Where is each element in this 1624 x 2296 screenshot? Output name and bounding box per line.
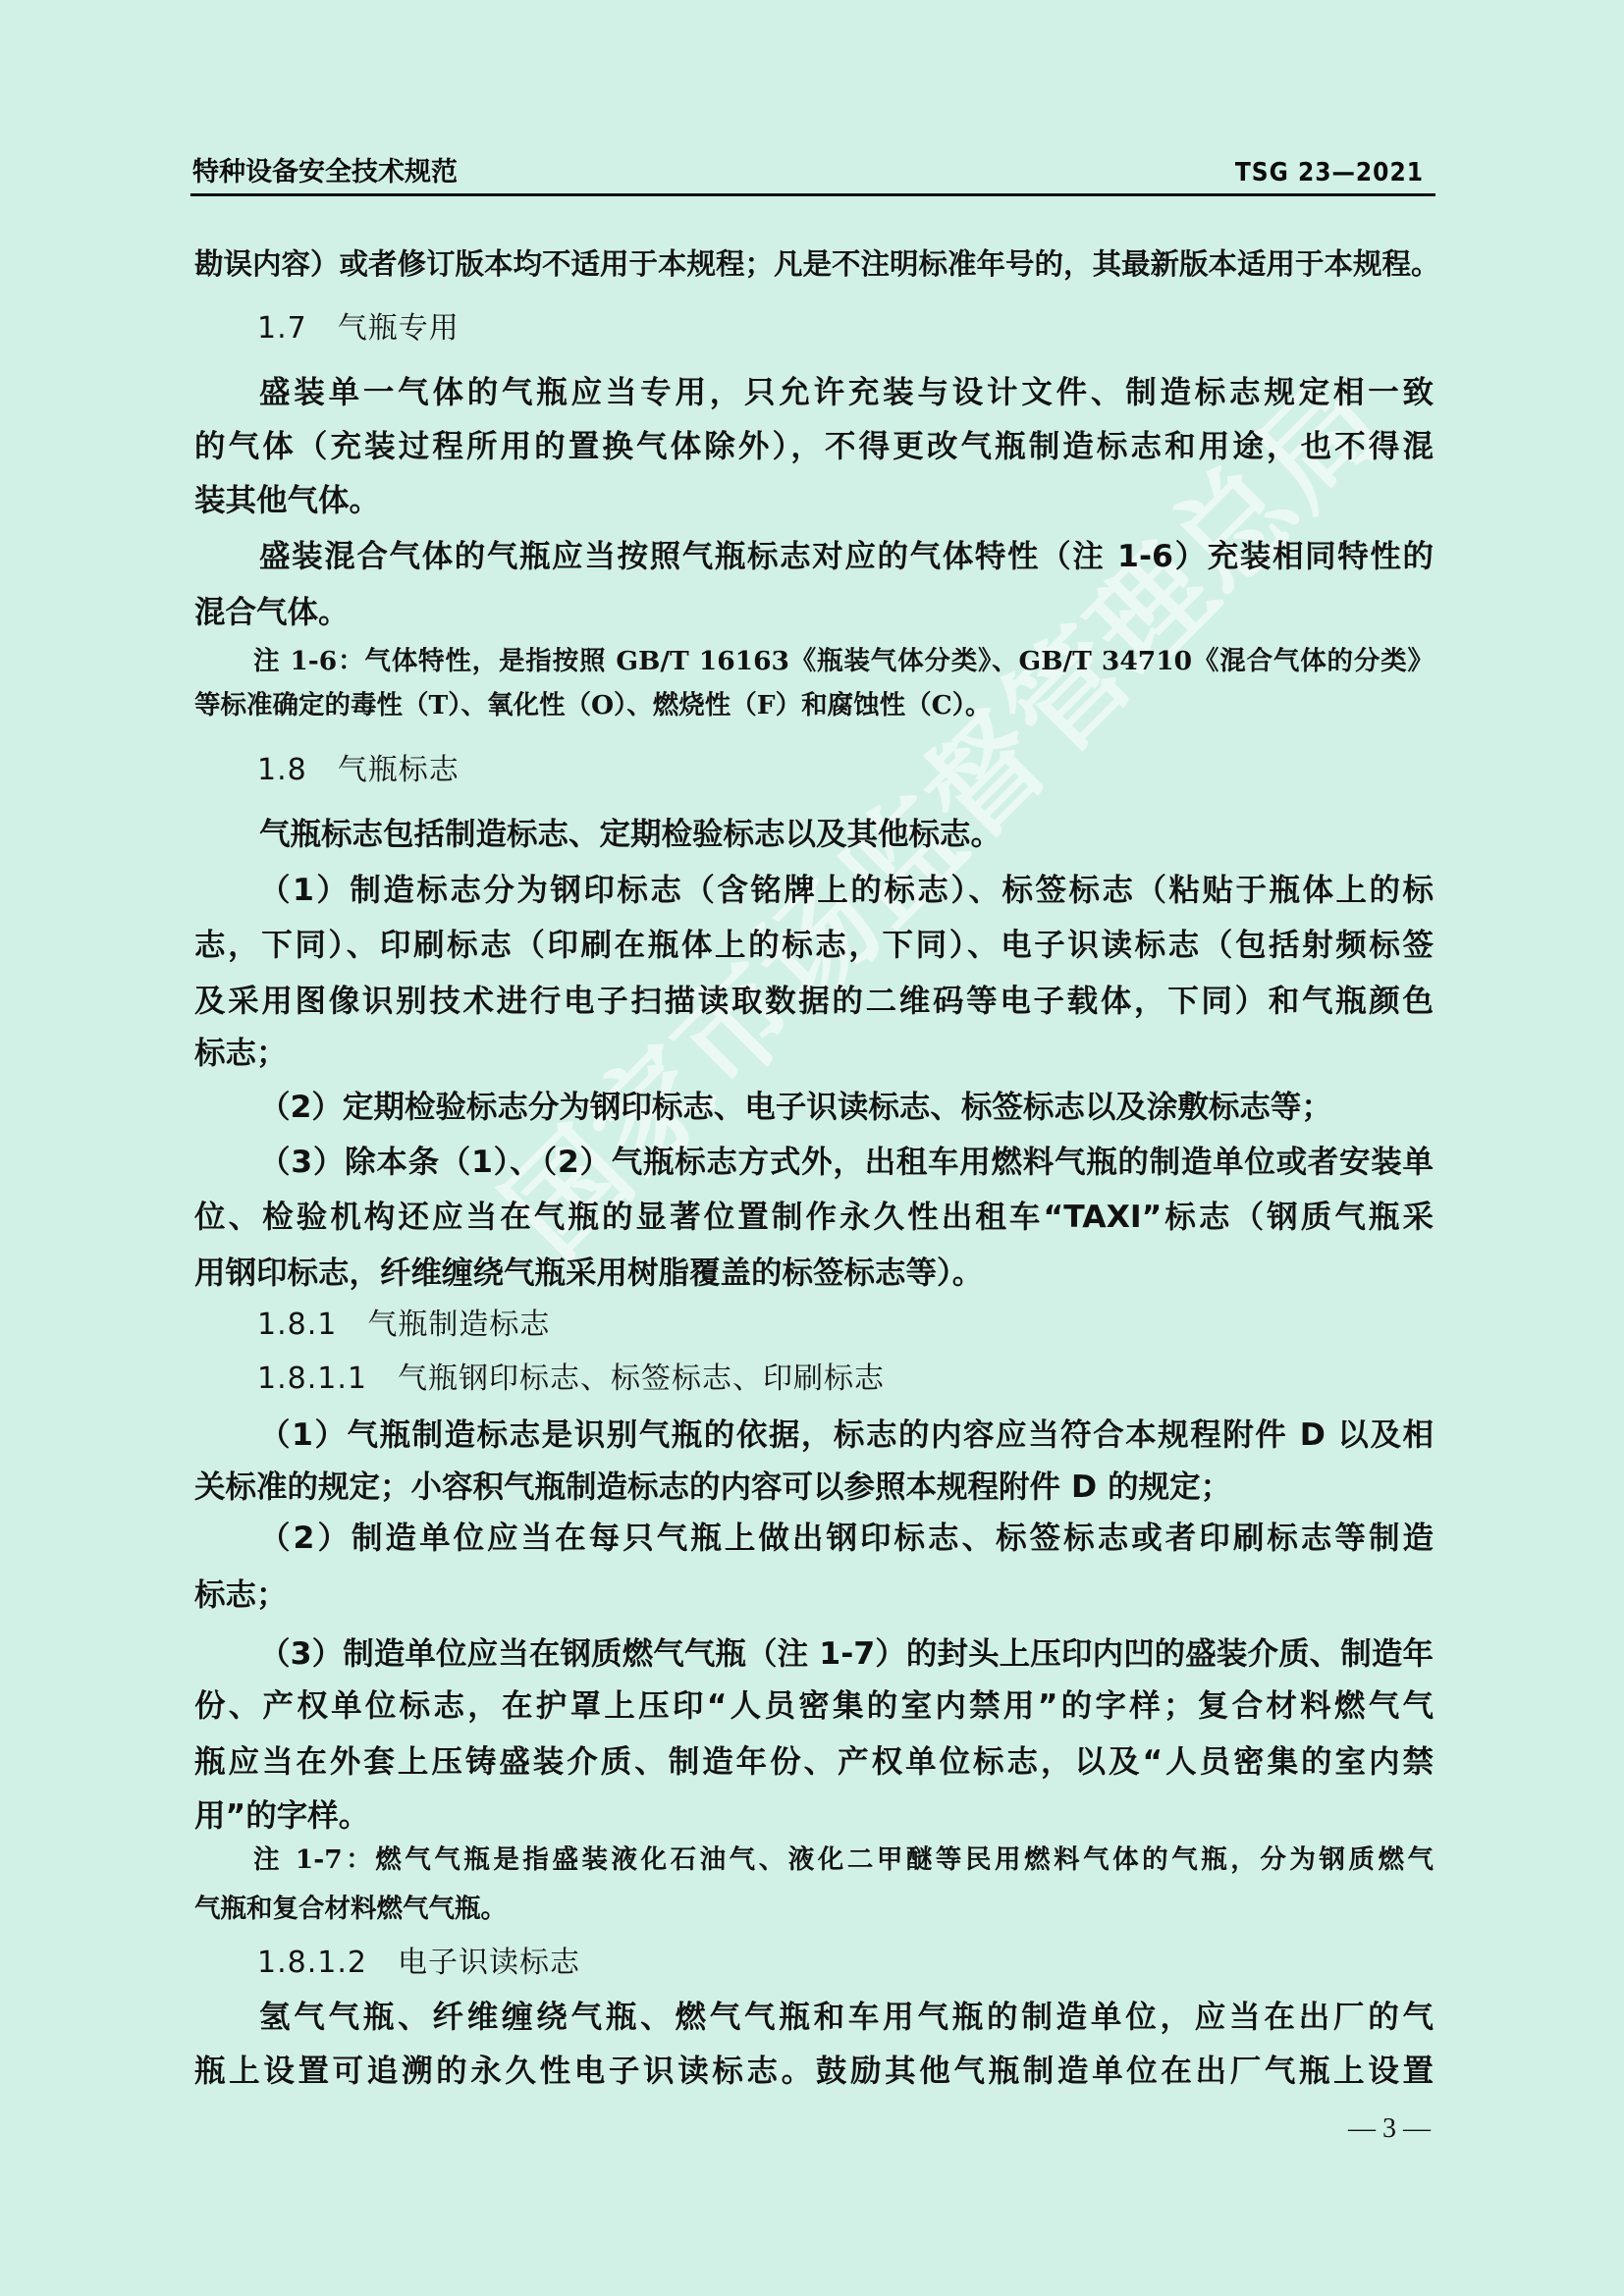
note-1-7-cont: 气瓶和复合材料燃气气瓶。 — [194, 1893, 1434, 1926]
section-heading-1-8-1: 1.8.1 气瓶制造标志 — [257, 1306, 550, 1345]
section-heading-1-8: 1.8 气瓶标志 — [257, 751, 460, 790]
body-line: （2）制造单位应当在每只气瓶上做出钢印标志、标签标志或者印刷标志等制造 — [259, 1519, 1434, 1558]
body-line: 的气体（充装过程所用的置换气体除外），不得更改气瓶制造标志和用途，也不得混 — [194, 427, 1434, 466]
body-line: 瓶应当在外套上压铸盛装介质、制造年份、产权单位标志，以及“人员密集的室内禁 — [194, 1742, 1434, 1782]
body-line: 用钢印标志，纤维缠绕气瓶采用树脂覆盖的标签标志等）。 — [194, 1254, 1434, 1293]
body-line: 份、产权单位标志，在护罩上压印“人员密集的室内禁用”的字样；复合材料燃气气 — [194, 1686, 1434, 1726]
body-line: （3）除本条（1）、（2）气瓶标志方式外，出租车用燃料气瓶的制造单位或者安装单 — [259, 1143, 1434, 1182]
body-line: 及采用图像识别技术进行电子扫描读取数据的二维码等电子载体，下同）和气瓶颜色 — [194, 982, 1434, 1021]
body-line: 瓶上设置可追溯的永久性电子识读标志。鼓励其他气瓶制造单位在出厂气瓶上设置 — [194, 2052, 1434, 2091]
body-line: 勘误内容）或者修订版本均不适用于本规程；凡是不注明标准年号的，其最新版本适用于本… — [194, 244, 1434, 284]
note-1-7: 注 1-7：燃气气瓶是指盛装液化石油气、液化二甲醚等民用燃料气体的气瓶，分为钢质… — [253, 1843, 1434, 1877]
body-line: 气瓶标志包括制造标志、定期检验标志以及其他标志。 — [259, 815, 1434, 854]
body-line: 氢气气瓶、纤维缠绕气瓶、燃气气瓶和车用气瓶的制造单位，应当在出厂的气 — [259, 1998, 1434, 2037]
body-line: （2）定期检验标志分为钢印标志、电子识读标志、标签标志以及涂敷标志等； — [259, 1088, 1434, 1127]
header-rule — [190, 193, 1435, 196]
section-heading-1-8-1-1: 1.8.1.1 气瓶钢印标志、标签标志、印刷标志 — [257, 1360, 885, 1399]
note-1-6-cont: 等标准确定的毒性（T）、氧化性（O）、燃烧性（F）和腐蚀性（C）。 — [194, 689, 1434, 722]
body-line: （1）制造标志分为钢印标志（含铭牌上的标志）、标签标志（粘贴于瓶体上的标 — [259, 871, 1434, 910]
section-heading-1-8-1-2: 1.8.1.2 电子识读标志 — [257, 1944, 580, 1983]
body-line: 标志； — [194, 1034, 1434, 1073]
body-line: 位、检验机构还应当在气瓶的显著位置制作永久性出租车“TAXI”标志（钢质气瓶采 — [194, 1198, 1434, 1237]
body-line: 盛装混合气体的气瓶应当按照气瓶标志对应的气体特性（注 1-6）充装相同特性的 — [259, 537, 1434, 576]
document-page: 国家市场监督管理总局 特种设备安全技术规范 TSG 23—2021 勘误内容）或… — [0, 0, 1624, 2296]
body-line: 混合气体。 — [194, 593, 1434, 632]
section-heading-1-7: 1.7 气瓶专用 — [257, 309, 460, 348]
body-line: 标志； — [194, 1575, 1434, 1615]
body-line: 盛装单一气体的气瓶应当专用，只允许充装与设计文件、制造标志规定相一致 — [259, 373, 1434, 412]
running-header-code: TSG 23—2021 — [1235, 155, 1424, 190]
body-line: 志，下同）、印刷标志（印刷在瓶体上的标志，下同）、电子识读标志（包括射频标签 — [194, 926, 1434, 965]
body-line: （1）气瓶制造标志是识别气瓶的依据，标志的内容应当符合本规程附件 D 以及相 — [259, 1415, 1434, 1455]
running-header-title: 特种设备安全技术规范 — [192, 155, 458, 190]
body-line: 装其他气体。 — [194, 481, 1434, 520]
body-line: 用”的字样。 — [194, 1796, 1434, 1836]
body-line: （3）制造单位应当在钢质燃气气瓶（注 1-7）的封头上压印内凹的盛装介质、制造年 — [259, 1634, 1434, 1674]
page-number: — 3 — — [1343, 2112, 1435, 2146]
body-line: 关标准的规定；小容积气瓶制造标志的内容可以参照本规程附件 D 的规定； — [194, 1468, 1434, 1507]
note-1-6: 注 1-6：气体特性，是指按照 GB/T 16163《瓶装气体分类》、GB/T … — [253, 645, 1434, 678]
